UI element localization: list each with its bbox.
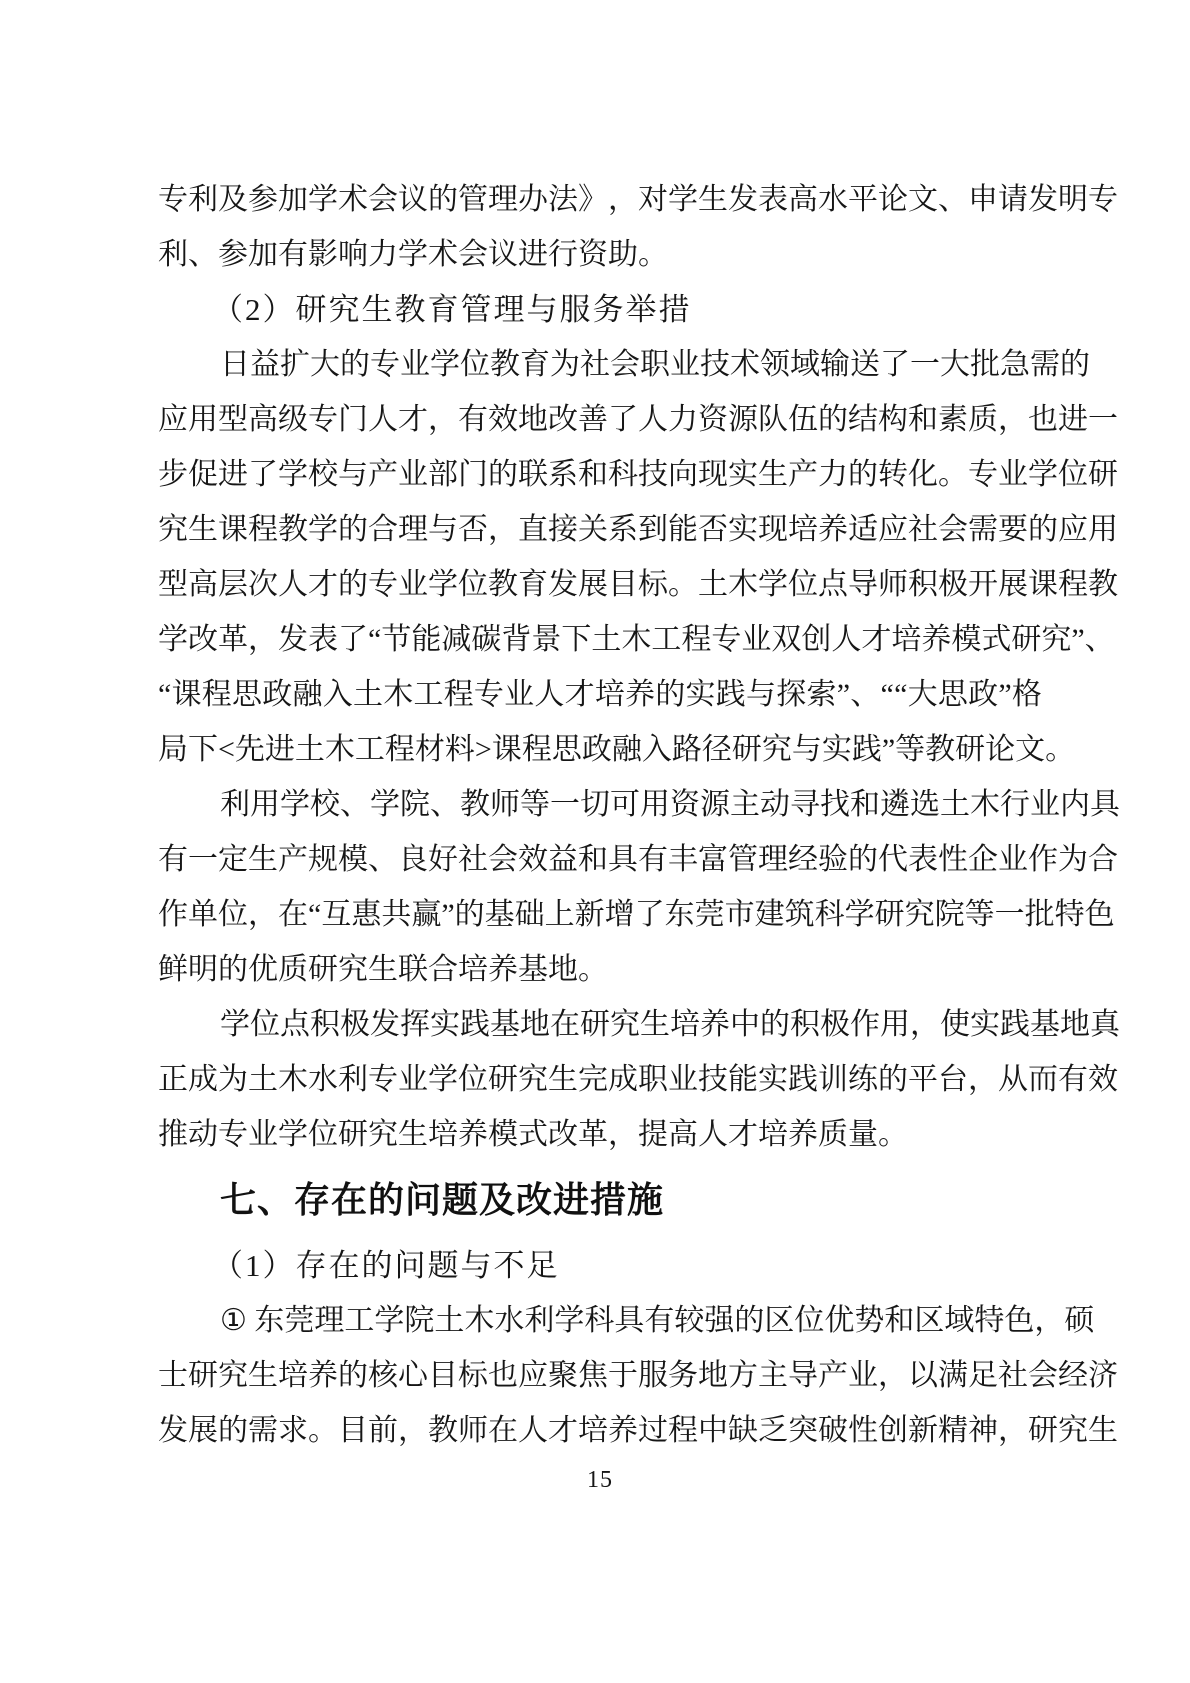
- body-line: 士研究生培养的核心目标也应聚焦于服务地方主导产业，以满足社会经济: [158, 1348, 1042, 1403]
- document-page: 专利及参加学术会议的管理办法》，对学生发表高水平论文、申请发明专 利、参加有影响…: [0, 0, 1190, 1683]
- body-line: “课程思政融入土木工程专业人才培养的实践与探索”、““大思政”格: [158, 667, 1042, 722]
- body-line: 步促进了学校与产业部门的联系和科技向现实生产力的转化。专业学位研: [158, 447, 1042, 502]
- body-line: 日益扩大的专业学位教育为社会职业技术领域输送了一大批急需的: [158, 337, 1042, 392]
- body-line: 有一定生产规模、良好社会效益和具有丰富管理经验的代表性企业作为合: [158, 832, 1042, 887]
- body-line: 发展的需求。目前，教师在人才培养过程中缺乏突破性创新精神，研究生: [158, 1403, 1042, 1458]
- body-line: 应用型高级专门人才，有效地改善了人力资源队伍的结构和素质，也进一: [158, 392, 1042, 447]
- body-line: 专利及参加学术会议的管理办法》，对学生发表高水平论文、申请发明专: [158, 172, 1042, 227]
- section-heading-7: 七、存在的问题及改进措施: [158, 1162, 1042, 1238]
- body-line: 正成为土木水利专业学位研究生完成职业技能实践训练的平台，从而有效: [158, 1052, 1042, 1107]
- body-line: ① 东莞理工学院土木水利学科具有较强的区位优势和区域特色，硕: [158, 1293, 1042, 1348]
- body-line: 作单位，在“互惠共赢”的基础上新增了东莞市建筑科学研究院等一批特色: [158, 887, 1042, 942]
- body-line: 推动专业学位研究生培养模式改革，提高人才培养质量。: [158, 1107, 1042, 1162]
- body-line: 学位点积极发挥实践基地在研究生培养中的积极作用，使实践基地真: [158, 997, 1042, 1052]
- page-number: 15: [158, 1462, 1042, 1498]
- body-line: 局下<先进土木工程材料>课程思政融入路径研究与实践”等教研论文。: [158, 722, 1042, 777]
- body-line: 鲜明的优质研究生联合培养基地。: [158, 942, 1042, 997]
- body-line: 利用学校、学院、教师等一切可用资源主动寻找和遴选土木行业内具: [158, 777, 1042, 832]
- page-text-block: 专利及参加学术会议的管理办法》，对学生发表高水平论文、申请发明专 利、参加有影响…: [158, 172, 1042, 1498]
- subsection-heading-2: （2）研究生教育管理与服务举措: [158, 282, 1042, 337]
- subsection-heading-1: （1）存在的问题与不足: [158, 1238, 1042, 1293]
- body-line: 究生课程教学的合理与否，直接关系到能否实现培养适应社会需要的应用: [158, 502, 1042, 557]
- body-line: 学改革，发表了“节能减碳背景下土木工程专业双创人才培养模式研究”、: [158, 612, 1042, 667]
- body-line: 利、参加有影响力学术会议进行资助。: [158, 227, 1042, 282]
- body-line: 型高层次人才的专业学位教育发展目标。土木学位点导师积极开展课程教: [158, 557, 1042, 612]
